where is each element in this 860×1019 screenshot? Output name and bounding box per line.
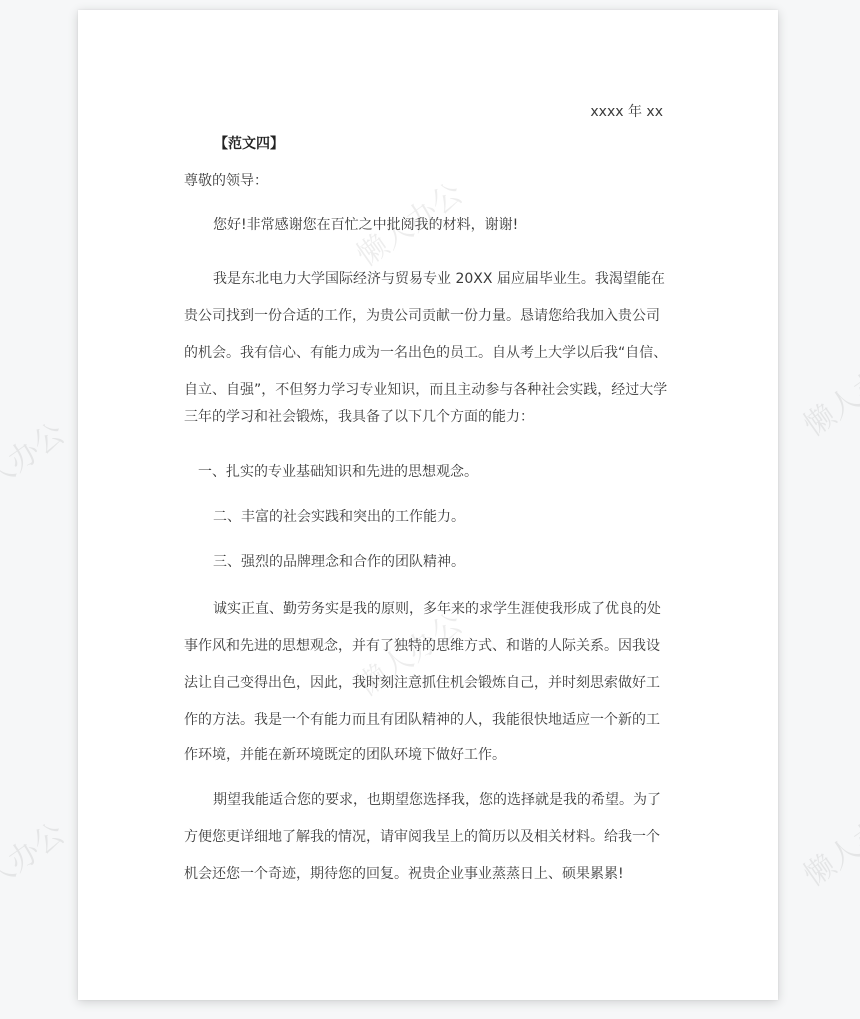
text-line: 三年的学习和社会锻炼，我具备了以下几个方面的能力：: [184, 408, 534, 426]
watermark: 懒人办公: [793, 790, 860, 895]
text-line: 方便您更详细地了解我的情况，请审阅我呈上的简历以及相关材料。给我一个: [184, 828, 660, 846]
text-line: 您好!非常感谢您在百忙之中批阅我的材料，谢谢!: [213, 216, 518, 234]
text-line: 二、丰富的社会实践和突出的工作能力。: [213, 508, 465, 526]
text-line: 诚实正直、勤劳务实是我的原则，多年来的求学生涯使我形成了优良的处: [213, 600, 661, 618]
text-line: 贵公司找到一份合适的工作，为贵公司贡献一份力量。恳请您给我加入贵公司: [184, 307, 660, 325]
document-date: xxxx 年 xx: [590, 103, 663, 121]
text-line: 法让自己变得出色，因此，我时刻注意抓住机会锻炼自己，并时刻思索做好工: [184, 674, 660, 692]
document-page: 懒人办公 懒人办公 xxxx 年 xx 【范文四】 尊敬的领导： 您好!非常感谢…: [78, 10, 778, 1000]
text-line: 作的方法。我是一个有能力而且有团队精神的人，我能很快地适应一个新的工: [184, 711, 660, 729]
text-line: 事作风和先进的思想观念，并有了独特的思维方式、和谐的人际关系。因我设: [184, 637, 660, 655]
text-line: 的机会。我有信心、有能力成为一名出色的员工。自从考上大学以后我“自信、: [184, 344, 667, 362]
text-line: 三、强烈的品牌理念和合作的团队精神。: [213, 553, 465, 571]
text-line: 自立、自强”，不但努力学习专业知识，而且主动参与各种社会实践，经过大学: [184, 381, 667, 399]
text-line: 机会还您一个奇迹，期待您的回复。祝贵企业事业蒸蒸日上、硕果累累!: [184, 865, 624, 883]
text-line: 我是东北电力大学国际经济与贸易专业 20XX 届应届毕业生。我渴望能在: [213, 270, 665, 288]
document-heading: 【范文四】: [214, 135, 284, 153]
text-line: 一、扎实的专业基础知识和先进的思想观念。: [198, 463, 478, 481]
watermark: 懒人办公: [793, 340, 860, 445]
salutation: 尊敬的领导：: [184, 172, 268, 190]
text-line: 期望我能适合您的要求，也期望您选择我，您的选择就是我的希望。为了: [213, 791, 661, 809]
watermark: 懒人办公: [0, 410, 72, 515]
watermark: 懒人办公: [0, 810, 72, 915]
text-line: 作环境，并能在新环境既定的团队环境下做好工作。: [184, 746, 506, 764]
